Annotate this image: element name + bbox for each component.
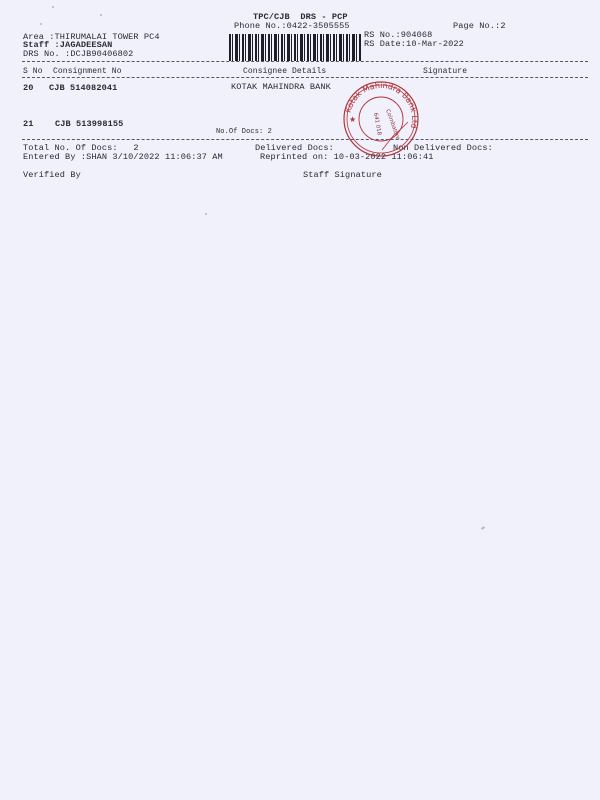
svg-text:Coimbatore: Coimbatore xyxy=(384,109,401,142)
column-header-consignment: Consignment No xyxy=(53,67,122,76)
scan-artifact xyxy=(205,213,207,215)
row-consignment-no: CJB 513998155 xyxy=(55,120,123,129)
svg-text:★: ★ xyxy=(349,115,356,124)
divider xyxy=(22,139,588,140)
drs-number: DRS No. :DCJB90406802 xyxy=(23,50,133,59)
column-header-signature: Signature xyxy=(423,67,467,76)
scan-artifact xyxy=(481,526,485,530)
row-sno: 20 xyxy=(23,84,34,93)
row-consignment-no: CJB 514082041 xyxy=(49,84,117,93)
entered-by: Entered By :SHAN 3/10/2022 11:06:37 AM xyxy=(23,153,223,162)
row-consignee: KOTAK MAHINDRA BANK xyxy=(231,83,331,92)
column-header-sno: S No xyxy=(23,67,43,76)
no-of-docs: No.Of Docs: 2 xyxy=(216,128,272,137)
verified-by: Verified By xyxy=(23,171,81,180)
scan-artifact xyxy=(100,14,102,16)
divider xyxy=(22,77,588,78)
phone-number: Phone No.:0422-3505555 xyxy=(234,22,350,31)
svg-text:641 018: 641 018 xyxy=(372,112,382,136)
svg-text:Kotak Mahindra Bank Ltd: Kotak Mahindra Bank Ltd xyxy=(344,81,419,129)
rs-date: RS Date:10-Mar-2022 xyxy=(364,40,464,49)
reprinted-on: Reprinted on: 10-03-2022 11:06:41 xyxy=(260,153,433,162)
scan-artifact xyxy=(40,23,42,25)
staff-signature: Staff Signature xyxy=(303,171,382,180)
page-number: Page No.:2 xyxy=(453,22,506,31)
row-sno: 21 xyxy=(23,120,34,129)
column-header-consignee: Consignee Details xyxy=(243,67,326,76)
scan-artifact xyxy=(52,6,54,8)
barcode-icon xyxy=(229,34,362,61)
divider xyxy=(22,61,588,62)
